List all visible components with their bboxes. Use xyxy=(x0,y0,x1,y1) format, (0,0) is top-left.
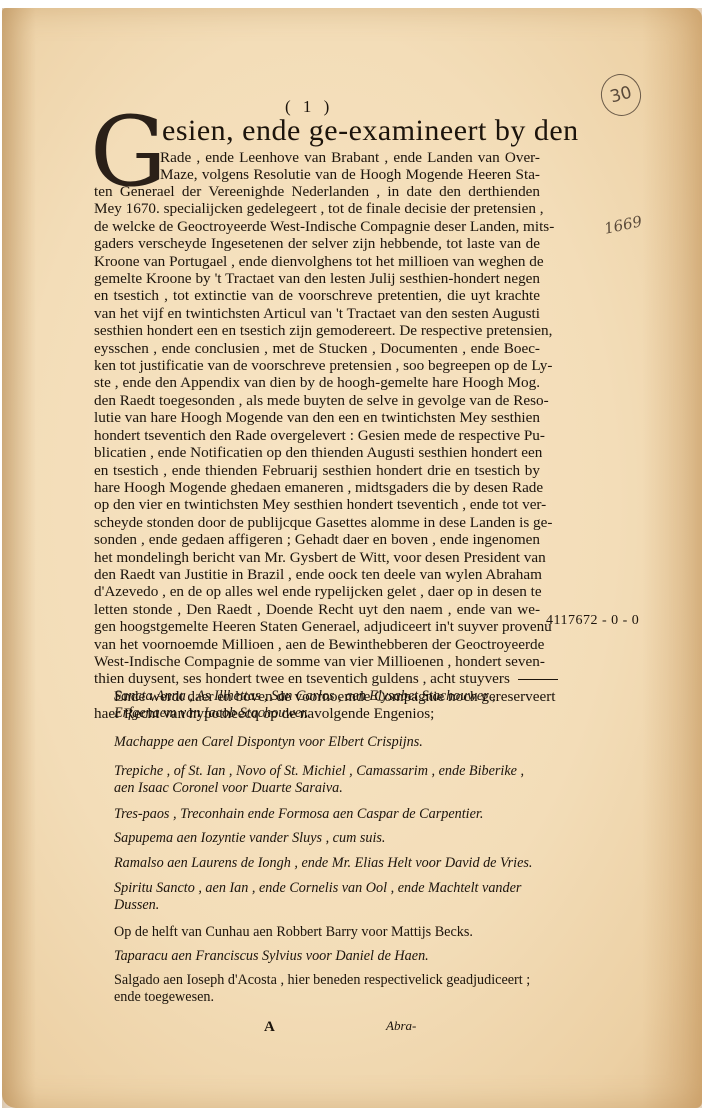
body-line: letten stonde , Den Raedt , Doende Recht… xyxy=(94,601,540,618)
body-line: gen hoogstgemelte Heeren Staten Generael… xyxy=(94,618,540,635)
body-line: hondert tseventich den Rade overgelevert… xyxy=(94,427,540,444)
body-line: en tsestich , ende thienden Februarij se… xyxy=(94,462,540,479)
engenio-entry: Trepiche , of St. Ian , Novo of St. Mich… xyxy=(94,763,540,797)
body-line: den Raedt van Justitie in Brazil , ende … xyxy=(94,566,540,583)
body-line: hare Hoogh Mogende ghedaen emaneren , mi… xyxy=(94,479,540,496)
body-line: gaders verscheyde Ingesetenen der selver… xyxy=(94,235,540,252)
catchword: Abra- xyxy=(386,1018,416,1034)
body-line: sonden , ende gedaen affigeren ; Gehadt … xyxy=(94,531,540,548)
amount-leader-rule xyxy=(518,679,558,680)
engenio-entry: Salgado aen Ioseph d'Acosta , hier bened… xyxy=(94,972,540,1006)
body-line: Maze, volgens Resolutie van de Hoogh Mog… xyxy=(160,166,540,183)
body-line: blicatien , ende Notificatien op den thi… xyxy=(94,444,540,461)
engenio-entry: Taparacu aen Franciscus Sylvius voor Dan… xyxy=(94,948,540,965)
headline: esien, ende ge-examineert by den xyxy=(162,114,579,148)
body-line: Rade , ende Leenhove van Brabant , ende … xyxy=(160,149,540,166)
engenio-entry: Spiritu Sancto , aen Ian , ende Cornelis… xyxy=(94,880,540,914)
body-line: ste , ende den Appendix van dien by de h… xyxy=(94,374,540,391)
signature-mark: A xyxy=(264,1019,275,1036)
body-paragraph-intro: Rade , ende Leenhove van Brabant , ende … xyxy=(160,149,540,184)
body-line: en tsestich , tot extinctie van de voors… xyxy=(94,287,540,304)
engenio-entry: Tres-paos , Treconhain ende Formosa aen … xyxy=(94,806,540,823)
engenio-entry: Sapupema aen Iozyntie vander Sluys , cum… xyxy=(94,830,540,847)
body-line: Mey 1670. specialijcken gedelegeert , to… xyxy=(94,200,540,217)
body-line: d'Azevedo , en de op alles wel ende rype… xyxy=(94,583,540,600)
body-line: thien duysent, ses hondert twee en tseve… xyxy=(94,670,540,687)
body-line: van het voornoemde Millioen , aen de Bew… xyxy=(94,636,540,653)
engenio-entry: Machappe aen Carel Dispontyn voor Elbert… xyxy=(94,734,540,751)
engenio-entry: Op de helft van Cunhau aen Robbert Barry… xyxy=(94,924,540,941)
body-line: eysschen , ende conclusien , met de Stuc… xyxy=(94,340,540,357)
body-line: ken tot justificatie van de voorschreve … xyxy=(94,357,540,374)
body-line: West-Indische Compagnie de somme van vie… xyxy=(94,653,540,670)
body-paragraph: ten Generael der Vereenighde Nederlanden… xyxy=(94,183,540,723)
body-line: het mondelingh bericht van Mr. Gysbert d… xyxy=(94,549,540,566)
body-line: ten Generael der Vereenighde Nederlanden… xyxy=(94,183,540,200)
body-line: gemelte Kroone by 't Tractaet van den le… xyxy=(94,270,540,287)
body-line: Kroone van Portugael , ende dienvolghens… xyxy=(94,253,540,270)
engenio-entry: Ramalso aen Laurens de Iongh , ende Mr. … xyxy=(94,855,540,872)
body-line: op den vier en twintichsten Mey sesthien… xyxy=(94,496,540,513)
body-line: de welcke de Geoctroyeerde West-Indische… xyxy=(94,218,540,235)
body-line: sesthien hondert een en tsestich zijn ge… xyxy=(94,322,540,339)
drop-cap: G xyxy=(90,112,167,192)
engenio-entry: Sancta Anna , As Illhettas , San Carlos … xyxy=(94,688,540,722)
body-line: lutie van hare Hoogh Mogende van den een… xyxy=(94,409,540,426)
body-line: van het vijf en twintichsten Articul van… xyxy=(94,305,540,322)
body-line: scheyde stonden door de publijcque Gaset… xyxy=(94,514,540,531)
awarded-amount: 4117672 - 0 - 0 xyxy=(546,613,639,629)
body-line: den Raedt toegesonden , als mede buyten … xyxy=(94,392,540,409)
